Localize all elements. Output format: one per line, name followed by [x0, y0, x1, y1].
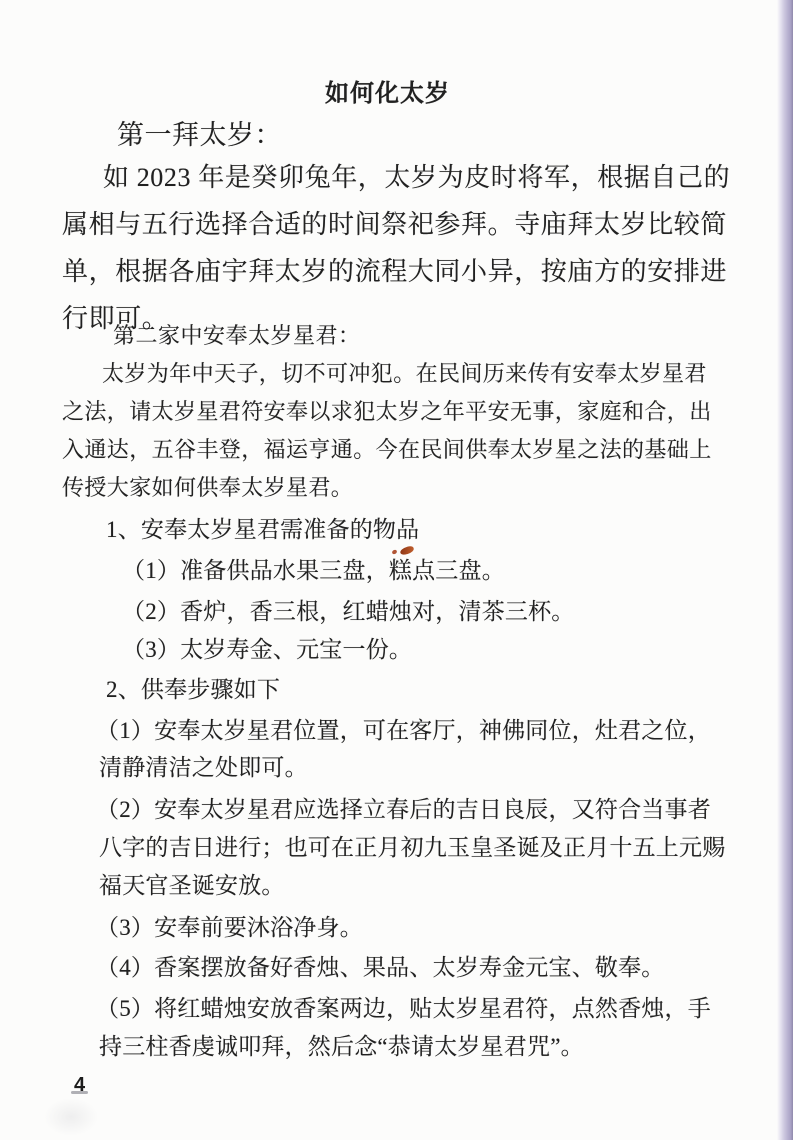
scan-smudge: [44, 1098, 98, 1136]
list-2-heading: 2、供奉步骤如下: [106, 678, 280, 702]
paragraph-line: 入通达，五谷丰登，福运亨通。今在民间供奉太岁星之法的基础上: [62, 438, 712, 461]
list-item-line: 清静清洁之处即可。: [99, 756, 308, 780]
list-item-line: （2）安奉太岁星君应选择立春后的吉日良辰，又符合当事者: [96, 798, 711, 822]
list-item-line: （4）香案摆放备好香烛、果品、太岁寿金元宝、敬奉。: [96, 956, 665, 980]
paragraph-line: 传授大家如何供奉太岁星君。: [62, 476, 353, 499]
list-item-line: （1）准备供品水果三盘，糕点三盘。: [122, 559, 505, 583]
list-item-line: （3）安奉前要沐浴净身。: [96, 916, 363, 940]
artifact-dot: [391, 549, 397, 555]
scanned-document-page: 如何化太岁 第一拜太岁： 如 2023 年是癸卯兔年，太岁为皮时将军，根据自己的…: [0, 0, 793, 1140]
list-item-line: （2）香炉，香三根，红蜡烛对，清茶三杯。: [122, 600, 575, 624]
scan-artifact-mark: [392, 545, 416, 558]
paragraph-line: 单，根据各庙宇拜太岁的流程大同小异，按庙方的安排进: [62, 258, 727, 285]
list-item-line: 持三柱香虔诚叩拜，然后念“恭请太岁星君咒”。: [99, 1035, 584, 1059]
paragraph-line: 如 2023 年是癸卯兔年，太岁为皮时将军，根据自己的: [103, 164, 730, 191]
page-binding-edge: [777, 0, 793, 1140]
list-item-line: 福天官圣诞安放。: [99, 874, 285, 898]
list-item-line: （3）太岁寿金、元宝一份。: [122, 638, 412, 662]
paragraph-line: 太岁为年中天子，切不可冲犯。在民间历来传有安奉太岁星君: [102, 362, 707, 385]
list-1-heading: 1、安奉太岁星君需准备的物品: [106, 518, 419, 542]
artifact-stroke: [399, 545, 414, 556]
list-item-line: 八字的吉日进行；也可在正月初九玉皇圣诞及正月十五上元赐: [99, 836, 725, 860]
paragraph-line: 属相与五行选择合适的时间祭祀参拜。寺庙拜太岁比较简: [62, 211, 727, 238]
list-item-line: （1）安奉太岁星君位置，可在客厅，神佛同位，灶君之位，: [96, 719, 711, 743]
paragraph-line: 之法，请太岁星君符安奉以求犯太岁之年平安无事，家庭和合，出: [62, 400, 712, 423]
article-title: 如何化太岁: [325, 82, 450, 107]
section-1-heading: 第一拜太岁：: [117, 121, 282, 149]
section-2-heading: 第二家中安奉太岁星君：: [113, 324, 361, 347]
scan-smudge-dash: [71, 1091, 88, 1094]
list-item-line: （5）将红蜡烛安放香案两边，贴太岁星君符，点然香烛，手: [96, 997, 711, 1021]
